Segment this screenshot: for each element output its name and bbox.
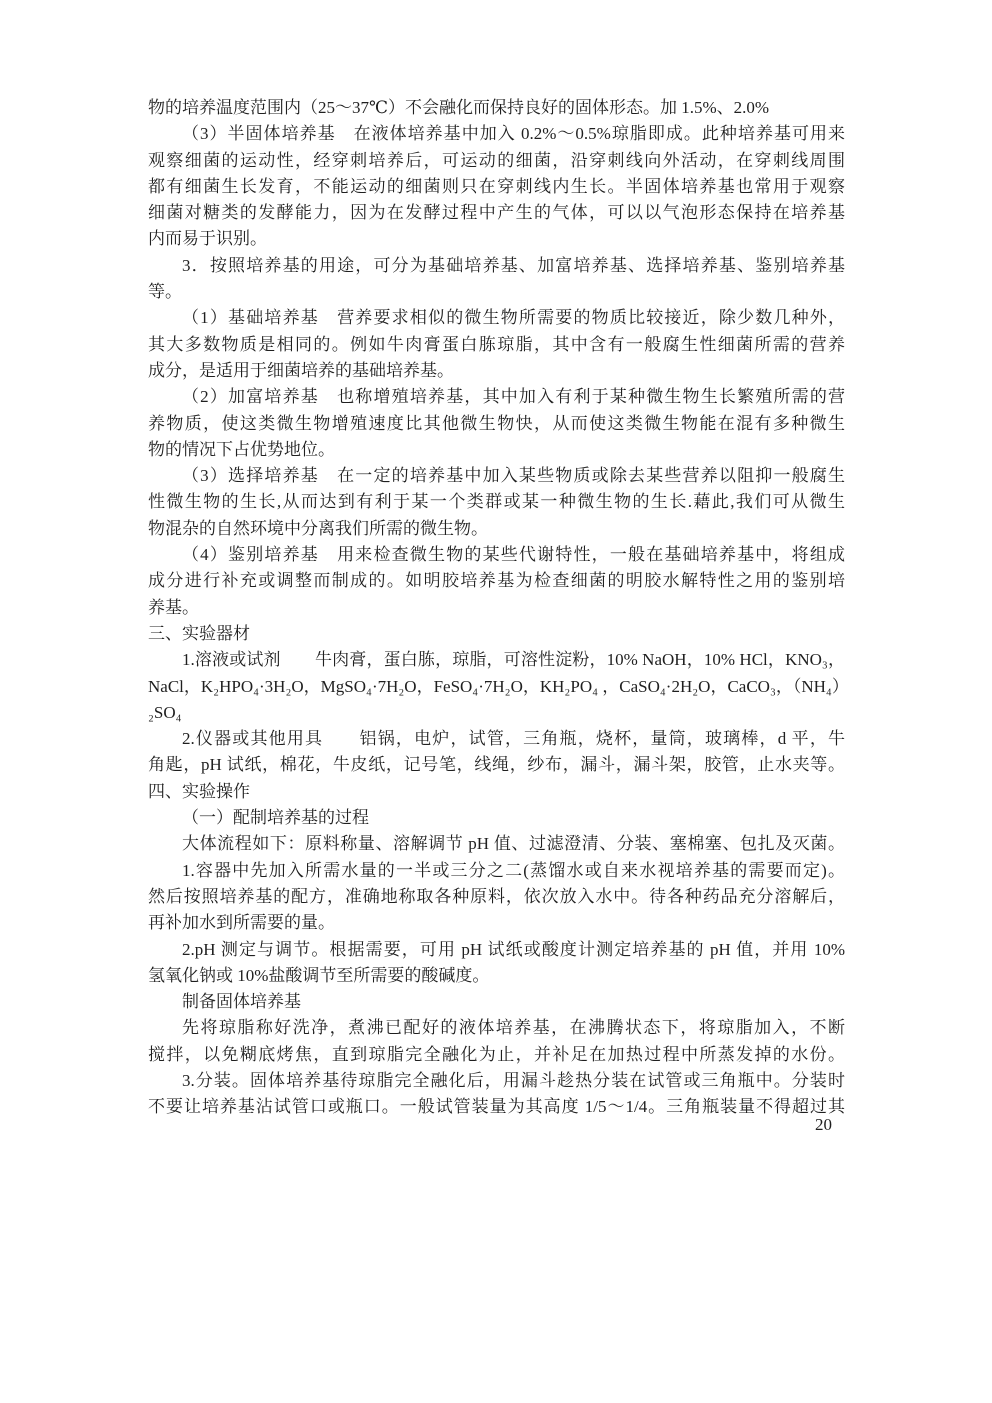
text-line: 再补加水到所需要的量。 xyxy=(148,910,845,936)
text-line: 1.容器中先加入所需水量的一半或三分之二(蒸馏水或自来水视培养基的需要而定)。 xyxy=(148,858,845,884)
text-line: 1.溶液或试剂 牛肉膏，蛋白胨，琼脂，可溶性淀粉，10% NaOH，10% HC… xyxy=(148,647,845,673)
text-line: （1）基础培养基 营养要求相似的微生物所需要的物质比较接近，除少数几种外， xyxy=(148,305,845,331)
text-line: 性微生物的生长,从而达到有利于某一个类群或某一种微生物的生长.藉此,我们可从微生 xyxy=(148,489,845,515)
text-line: 四、实验操作 xyxy=(148,779,845,805)
text-line: 物的情况下占优势地位。 xyxy=(148,437,845,463)
text-line: 氢氧化钠或 10%盐酸调节至所需要的酸碱度。 xyxy=(148,963,845,989)
text-line: （3）半固体培养基 在液体培养基中加入 0.2%～0.5%琼脂即成。此种培养基可… xyxy=(148,121,845,147)
text-line: （一）配制培养基的过程 xyxy=(148,805,845,831)
text-line: 2.pH 测定与调节。根据需要，可用 pH 试纸或酸度计测定培养基的 pH 值，… xyxy=(148,937,845,963)
text-line: 先将琼脂称好洗净，煮沸已配好的液体培养基，在沸腾状态下，将琼脂加入，不断 xyxy=(148,1015,845,1041)
text-line: （3）选择培养基 在一定的培养基中加入某些物质或除去某些营养以阻抑一般腐生 xyxy=(148,463,845,489)
text-line: 内而易于识别。 xyxy=(148,226,845,252)
text-line: 都有细菌生长发育，不能运动的细菌则只在穿刺线内生长。半固体培养基也常用于观察 xyxy=(148,174,845,200)
text-line: 成分，是适用于细菌培养的基础培养基。 xyxy=(148,358,845,384)
document-body: 物的培养温度范围内（25～37℃）不会融化而保持良好的固体形态。加 1.5%、2… xyxy=(148,95,845,1121)
text-line: 2.仪器或其他用具 铝锅，电炉，试管，三角瓶，烧杯，量筒，玻璃棒，d 平，牛 xyxy=(148,726,845,752)
text-line: 三、实验器材 xyxy=(148,621,845,647)
text-line: 然后按照培养基的配方，准确地称取各种原料，依次放入水中。待各种药品充分溶解后， xyxy=(148,884,845,910)
text-line: NaCl，K₂HPO₄·3H₂O，MgSO₄·7H₂O，FeSO₄·7H₂O，K… xyxy=(148,674,845,700)
text-line: （4）鉴别培养基 用来检查微生物的某些代谢特性，一般在基础培养基中，将组成 xyxy=(148,542,845,568)
text-line: 养基。 xyxy=(148,595,845,621)
text-line: 养物质，使这类微生物增殖速度比其他微生物快，从而使这类微生物能在混有多种微生 xyxy=(148,411,845,437)
text-line: 制备固体培养基 xyxy=(148,989,845,1015)
page-number: 20 xyxy=(148,1112,832,1138)
text-line: ₂SO₄ xyxy=(148,700,845,726)
text-line: 角匙，pH 试纸，棉花，牛皮纸，记号笔，线绳，纱布，漏斗，漏斗架，胶管，止水夹等… xyxy=(148,752,845,778)
text-line: 搅拌，以免糊底烤焦，直到琼脂完全融化为止，并补足在加热过程中所蒸发掉的水份。 xyxy=(148,1042,845,1068)
text-line: 大体流程如下：原料称量、溶解调节 pH 值、过滤澄清、分装、塞棉塞、包扎及灭菌。 xyxy=(148,831,845,857)
text-line: 成分进行补充或调整而制成的。如明胶培养基为检查细菌的明胶水解特性之用的鉴别培 xyxy=(148,568,845,594)
text-line: （2）加富培养基 也称增殖培养基，其中加入有利于某种微生物生长繁殖所需的营 xyxy=(148,384,845,410)
text-line: 观察细菌的运动性，经穿刺培养后，可运动的细菌，沿穿刺线向外活动，在穿刺线周围 xyxy=(148,148,845,174)
text-line: 3.分装。固体培养基待琼脂完全融化后，用漏斗趁热分装在试管或三角瓶中。分装时 xyxy=(148,1068,845,1094)
text-line: 等。 xyxy=(148,279,845,305)
text-line: 其大多数物质是相同的。例如牛肉膏蛋白胨琼脂，其中含有一般腐生性细菌所需的营养 xyxy=(148,332,845,358)
text-line: 细菌对糖类的发酵能力，因为在发酵过程中产生的气体，可以以气泡形态保持在培养基 xyxy=(148,200,845,226)
text-line: 3．按照培养基的用途，可分为基础培养基、加富培养基、选择培养基、鉴别培养基 xyxy=(148,253,845,279)
text-line: 物混杂的自然环境中分离我们所需的微生物。 xyxy=(148,516,845,542)
document-page: 物的培养温度范围内（25～37℃）不会融化而保持良好的固体形态。加 1.5%、2… xyxy=(0,0,992,1403)
text-line: 物的培养温度范围内（25～37℃）不会融化而保持良好的固体形态。加 1.5%、2… xyxy=(148,95,845,121)
